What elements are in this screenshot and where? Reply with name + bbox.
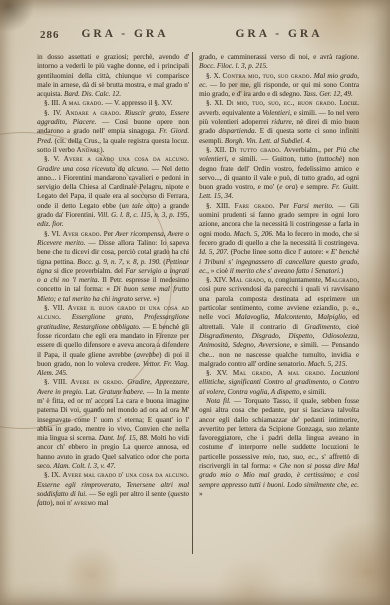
column-right: grado, e camminerassi verso di noi, e av… <box>199 53 359 553</box>
paragraph: §. XI. Di mio, tuo, suo, ec., buon grado… <box>199 99 359 145</box>
paragraph: §. IX. Avere mal grado d' una cosa da al… <box>37 471 189 508</box>
paragraph: §. IV. Andare a grado. Riuscir grato, Es… <box>37 109 189 155</box>
paragraph: §. XV. Mal grado, A mal grado. Locuzioni… <box>199 369 359 397</box>
column-divider <box>192 52 193 554</box>
page-number: 286 <box>40 29 60 41</box>
paragraph: §. VIII. Avere in grado. Gradire, Apprez… <box>37 378 189 471</box>
running-head-right: GRA - GRA <box>200 28 358 40</box>
paragraph: Nota fil. — Torquato Tasso, il quale, se… <box>199 397 359 499</box>
book-page: 286 GRA - GRA GRA - GRA in dosso assetta… <box>0 0 390 605</box>
column-left: in dosso assettati e graziosi; perchè, a… <box>37 53 189 553</box>
paragraph: §. X. Contra mio, tuo, suo grado. Mal mi… <box>199 72 359 100</box>
running-head-left: GRA - GRA <box>60 28 190 40</box>
paragraph: §. VII. Avere il buon grado di una cosa … <box>37 304 189 378</box>
paragraph: grado, e camminerassi verso di noi, e av… <box>199 53 359 72</box>
paragraph: §. XIV. Mal grado, o, congiuntamente, Ma… <box>199 276 359 369</box>
paragraph: §. VI. Aver grado. Per Aver ricompensa, … <box>37 230 189 304</box>
paragraph: §. III. A mal grado. — V. appresso il §.… <box>37 99 189 108</box>
paragraph: §. V. Avere a grado una cosa da alcuno. … <box>37 155 189 229</box>
paragraph: in dosso assettati e graziosi; perchè, a… <box>37 53 189 99</box>
paragraph: §. XIII. Fare grado. Per Farsi merito. —… <box>199 202 359 276</box>
paragraph: §. XII. Di tutto grado. Avverbialm., per… <box>199 146 359 202</box>
